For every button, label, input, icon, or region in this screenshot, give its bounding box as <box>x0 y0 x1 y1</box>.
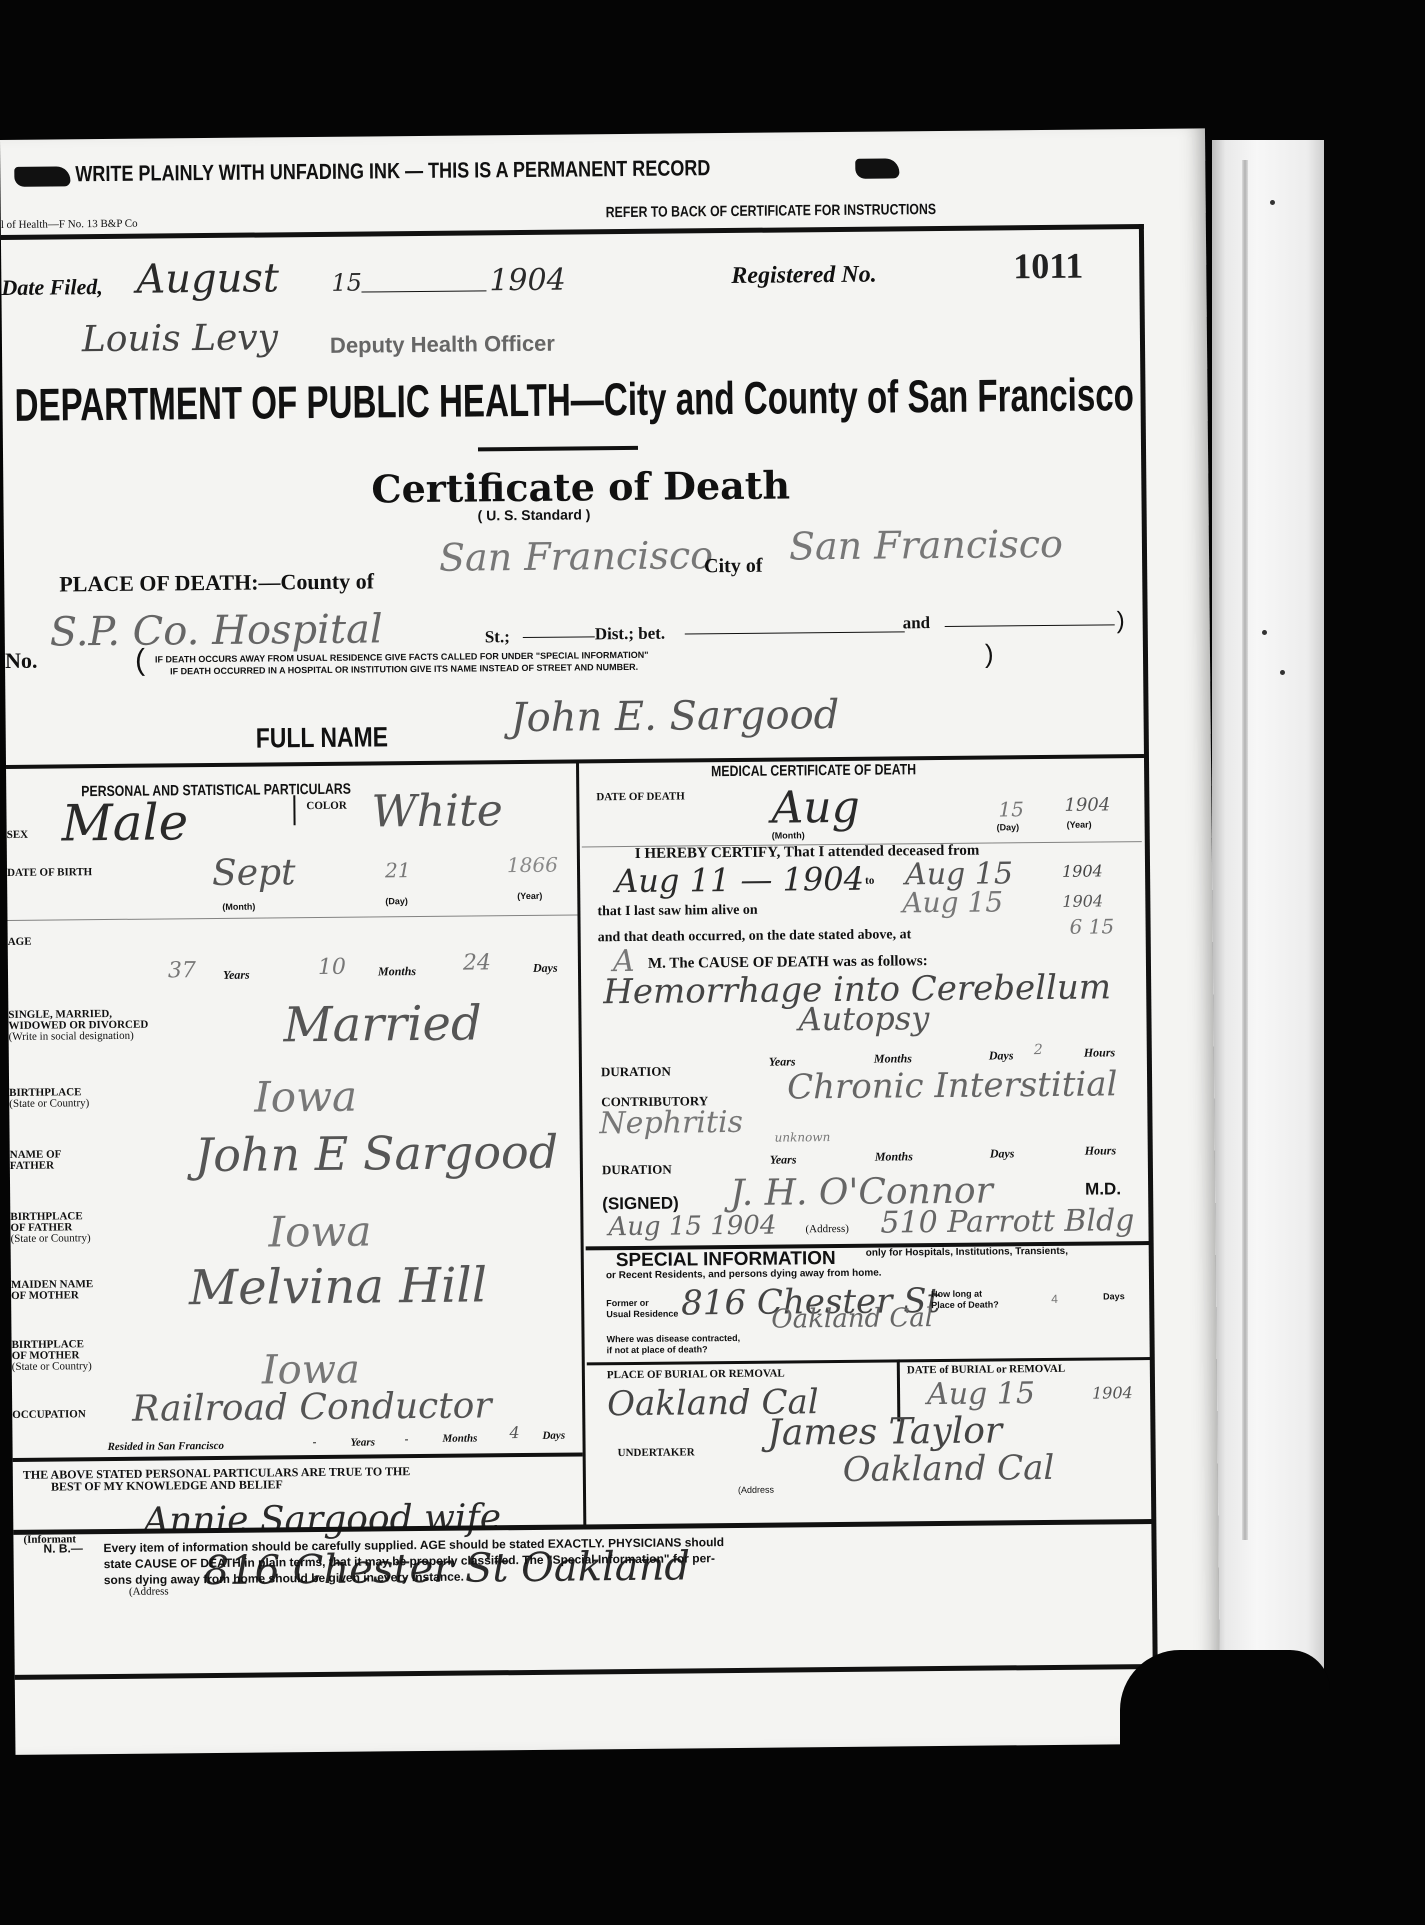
contributory-line-2: Nephritis <box>599 1105 743 1141</box>
undertaker-label: UNDERTAKER <box>618 1447 695 1459</box>
former-residence-2: Oakland Cal <box>771 1303 933 1335</box>
duration2-days: Days <box>990 1146 1015 1161</box>
marital-label-3: (Write in social designation) <box>9 1031 134 1043</box>
burial-year: 1904 <box>1092 1383 1133 1402</box>
registered-number: 1011 <box>1013 245 1083 288</box>
color-label: COLOR <box>306 801 346 812</box>
pointing-hand-icon <box>14 166 70 187</box>
officer-signature: Louis Levy <box>82 317 278 360</box>
special-note-1: only for Hospitals, Institutions, Transi… <box>866 1246 1068 1259</box>
father-label-2: FATHER <box>10 1161 54 1172</box>
age-years-label: Years <box>223 968 250 983</box>
hospital-value: S.P. Co. Hospital <box>50 606 383 655</box>
attended-from: Aug 11 — 1904 <box>615 860 864 900</box>
instructions-note: REFER TO BACK OF CERTIFICATE FOR INSTRUC… <box>606 201 936 221</box>
dod-day-caption: (Day) <box>997 822 1020 832</box>
death-certificate: WRITE PLAINLY WITH UNFADING INK — THIS I… <box>0 128 1220 1754</box>
father-bp-label-3: (State or Country) <box>11 1233 91 1245</box>
last-saw-year: 1904 <box>1062 891 1103 910</box>
mother-value: Melvina Hill <box>189 1257 488 1316</box>
county-value: San Francisco <box>439 533 713 580</box>
howlong-value: 4 <box>1051 1292 1058 1306</box>
date-filed-label: Date Filed, <box>1 274 103 301</box>
date-filed-day: 15 <box>331 269 362 297</box>
undertaker-address: Oakland Cal <box>843 1448 1055 1490</box>
resided-years-label: Years <box>350 1436 375 1448</box>
mother-label-2: OF MOTHER <box>11 1290 79 1302</box>
month-caption: (Month) <box>222 902 255 912</box>
no-label: No. <box>5 648 38 674</box>
pointing-hand-icon <box>855 158 899 178</box>
dob-month: Sept <box>212 852 296 894</box>
undertaker-name: James Taylor <box>767 1410 1002 1453</box>
medical-heading: MEDICAL CERTIFICATE OF DEATH <box>711 761 916 780</box>
contracted-label-2: if not at place of death? <box>607 1344 708 1355</box>
informant-statement-2: BEST OF MY KNOWLEDGE AND BELIEF <box>51 1479 283 1492</box>
and-label: and <box>903 613 931 633</box>
father-birthplace-value: Iowa <box>268 1206 371 1256</box>
howlong-unit: Days <box>1103 1291 1125 1301</box>
informant-name: Annie Sargood wife <box>143 1497 501 1541</box>
duration2-hours: Hours <box>1085 1143 1117 1158</box>
dob-day: 21 <box>385 858 411 882</box>
date-filed-month: August <box>136 255 279 302</box>
father-value: John E Sargood <box>194 1125 558 1182</box>
occupation-label: OCCUPATION <box>12 1409 86 1421</box>
last-saw-date: Aug 15 <box>902 885 1003 919</box>
sex-value: Male <box>61 793 188 852</box>
binder-strip <box>1212 140 1324 1695</box>
duration2-months: Months <box>875 1149 913 1164</box>
dod-year: 1904 <box>1064 794 1110 815</box>
howlong-label-1: How long at <box>931 1289 982 1299</box>
color-value: White <box>371 785 503 837</box>
mother-bp-label-3: (State or Country) <box>12 1361 92 1373</box>
place-of-death-label: PLACE OF DEATH:—County of <box>59 568 374 597</box>
age-years: 37 <box>168 958 196 983</box>
signed-date: Aug 15 1904 <box>608 1211 776 1243</box>
speck <box>1280 670 1285 675</box>
st-label: St.; <box>485 627 510 647</box>
dob-year: 1866 <box>507 853 558 877</box>
md-label: M.D. <box>1085 1179 1121 1199</box>
dod-month-caption: (Month) <box>772 830 805 840</box>
dob-label: DATE OF BIRTH <box>7 867 92 879</box>
certificate-subtitle: ( U. S. Standard ) <box>478 506 591 523</box>
dod-day: 15 <box>998 797 1024 821</box>
department-heading: DEPARTMENT OF PUBLIC HEALTH—City and Cou… <box>14 367 1134 432</box>
binder-crease <box>1242 160 1248 1540</box>
date-filed-year: 1904 <box>489 263 566 299</box>
paren: ) <box>985 638 994 669</box>
occurred-text: and that death occurred, on the date sta… <box>598 927 912 946</box>
full-name-label: FULL NAME <box>256 721 389 754</box>
duration1-hours-label: Hours <box>1084 1045 1116 1060</box>
birthplace-value: Iowa <box>254 1072 357 1122</box>
paren: ( <box>135 644 145 678</box>
dist-label: Dist.; bet. <box>595 624 666 645</box>
registered-label: Registered No. <box>731 262 877 290</box>
age-months: 10 <box>318 955 346 980</box>
age-months-label: Months <box>378 964 416 979</box>
duration1-label: DURATION <box>601 1066 671 1078</box>
duration1-months: Months <box>874 1051 912 1066</box>
duration2-years: Years <box>770 1152 797 1167</box>
age-days: 24 <box>463 950 491 975</box>
occupation-value: Railroad Conductor <box>132 1385 492 1429</box>
officer-title: Deputy Health Officer <box>330 331 555 359</box>
undertaker-address-label: (Address <box>738 1485 774 1495</box>
informant-address-label: (Address <box>129 1586 169 1597</box>
birthplace-label-2: (State or Country) <box>9 1098 89 1110</box>
dod-month: Aug <box>771 782 860 834</box>
duration2-note: unknown <box>775 1130 831 1145</box>
nb-label: N. B.— <box>43 1541 82 1555</box>
contributory-line-1: Chronic Interstitial <box>787 1064 1118 1107</box>
sex-label: SEX <box>7 830 29 841</box>
city-value: San Francisco <box>789 522 1063 569</box>
resided-years: - <box>312 1435 316 1449</box>
divider <box>293 795 295 825</box>
speck <box>1270 200 1275 205</box>
marital-value: Married <box>283 995 482 1053</box>
shadow-blob <box>1120 1650 1330 1770</box>
certificate-title: Certificate of Death <box>371 462 790 511</box>
resided-days-label: Days <box>542 1430 565 1442</box>
day-caption: (Day) <box>385 896 408 906</box>
speck <box>1262 630 1267 635</box>
duration1-hours-value: 2 <box>1034 1042 1043 1058</box>
former-label-1: Former or <box>606 1298 649 1308</box>
resided-months: - <box>404 1432 408 1446</box>
resided-label: Resided in San Francisco <box>107 1440 224 1453</box>
cause-line-2: Autopsy <box>798 999 929 1038</box>
to-label: to <box>865 876 874 887</box>
physician-address-label: (Address) <box>805 1224 848 1235</box>
death-time: 6 15 <box>1069 914 1114 938</box>
burial-date-label: DATE of BURIAL or REMOVAL <box>907 1364 1065 1377</box>
paren: ) <box>1117 607 1125 635</box>
attended-to-year: 1904 <box>1062 861 1103 880</box>
resided-days: 4 <box>509 1423 519 1442</box>
city-label: City of <box>704 555 763 579</box>
contracted-label-1: Where was disease contracted, <box>606 1333 740 1344</box>
year-caption: (Year) <box>517 891 542 901</box>
howlong-label-2: Place of Death? <box>931 1299 999 1310</box>
form-number: l of Health—F No. 13 B&P Co <box>1 219 138 231</box>
last-saw-text: that I last saw him alive on <box>597 903 757 921</box>
age-days-label: Days <box>533 961 558 976</box>
full-name-value: John E. Sargood <box>510 692 839 741</box>
burial-place-label: PLACE OF BURIAL OR REMOVAL <box>607 1369 785 1382</box>
burial-date: Aug 15 <box>927 1376 1035 1412</box>
duration2-label: DURATION <box>602 1164 672 1176</box>
age-label: AGE <box>8 937 32 948</box>
banner: WRITE PLAINLY WITH UNFADING INK — THIS I… <box>14 153 899 187</box>
dod-label: DATE OF DEATH <box>596 791 685 803</box>
duration1-days: Days <box>989 1048 1014 1063</box>
resided-months-label: Months <box>442 1432 477 1444</box>
dod-year-caption: (Year) <box>1067 820 1092 830</box>
former-label-2: Usual Residence <box>606 1309 678 1320</box>
physician-address: 510 Parrott Bldg <box>880 1203 1134 1240</box>
